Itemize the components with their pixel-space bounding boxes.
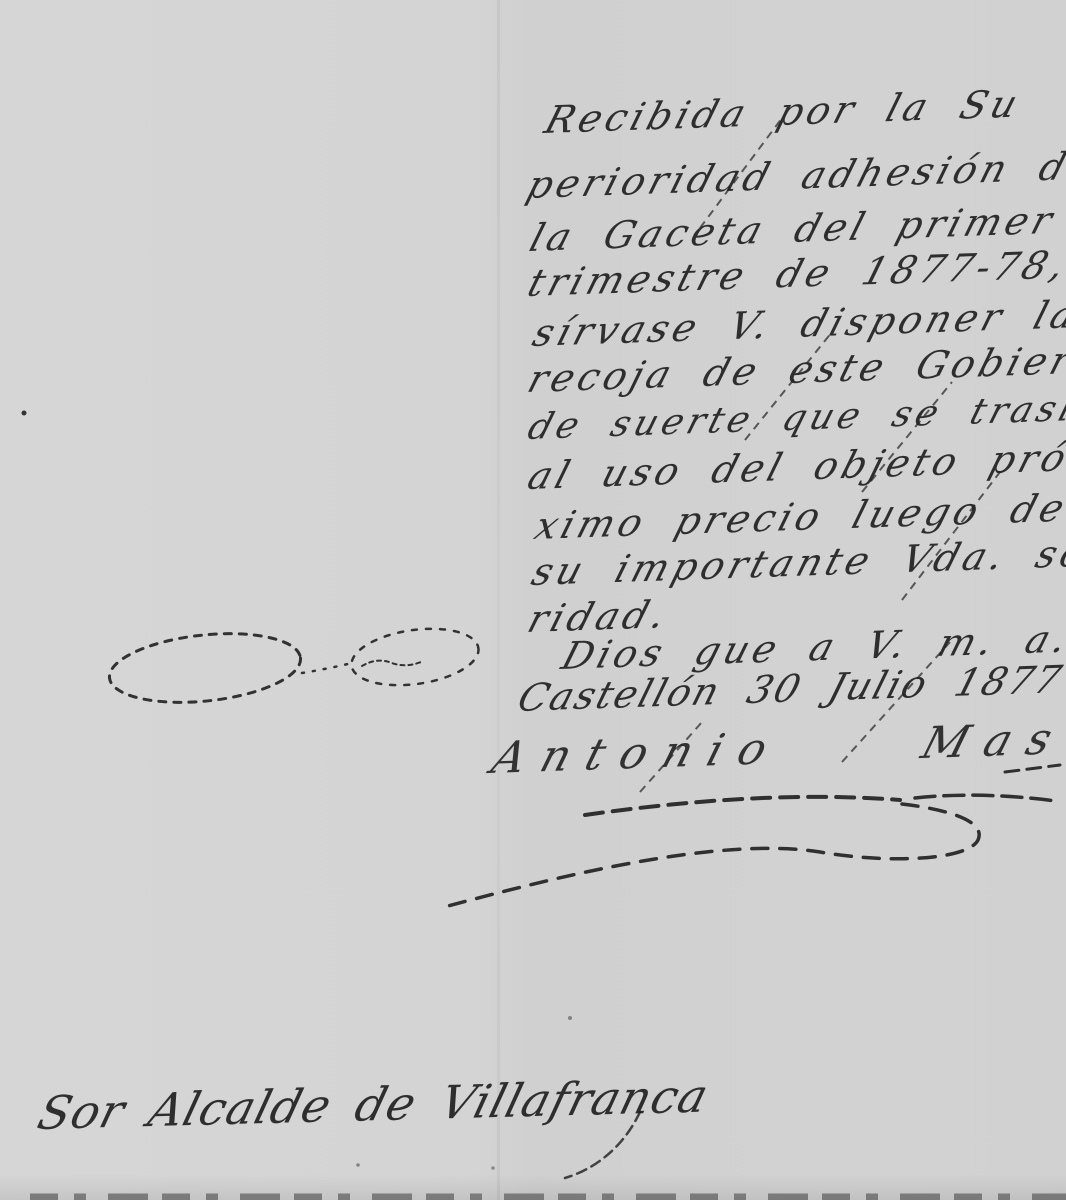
rubric-oval-stamp [106, 621, 482, 710]
vertical-fold-line [497, 0, 500, 1200]
ink-specks [22, 411, 573, 1170]
scanned-letter-page: Recibida por la Su perioridad adhesión d… [0, 0, 1066, 1200]
signature-flourish [448, 765, 1060, 906]
handwritten-line-2: perioridad adhesión de [522, 143, 1066, 207]
bottom-edge-shading [0, 1174, 1066, 1200]
handwritten-line-1: Recibida por la Su [540, 82, 1027, 142]
signature: Antonio Mas [486, 713, 1066, 784]
address-line: Sor Alcalde de Villafranca [32, 1069, 714, 1140]
